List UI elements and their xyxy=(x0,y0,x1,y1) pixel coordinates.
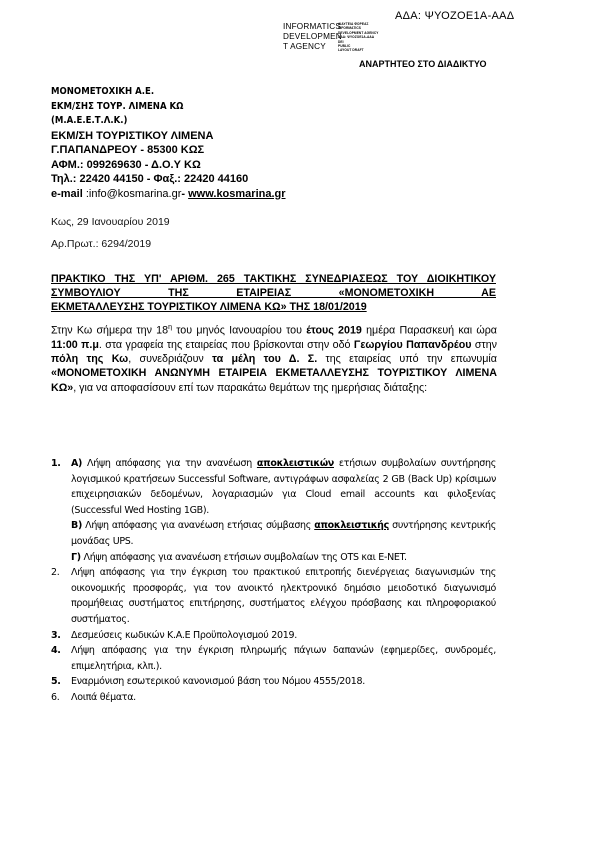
logo-line: DEVELOPMEN xyxy=(283,32,342,42)
protocol-number: Αρ.Πρωτ.: 6294/2019 xyxy=(51,233,170,255)
intro-paragraph: Στην Κω σήμερα την 18η του μηνός Ιανουαρ… xyxy=(51,321,497,395)
agenda-number: 1. xyxy=(51,456,71,565)
intro-street: Γεωργίου Παπανδρέου xyxy=(354,339,472,351)
agenda-item: 2. Λήψη απόφασης για την έγκριση του πρα… xyxy=(51,565,496,627)
agenda-subitem-b: Β) Λήψη απόφασης για ανανέωση ετήσιας σύ… xyxy=(71,518,496,549)
letterhead: ΜΟΝΟΜΕΤΟΧΙΚΗ Α.Ε. ΕΚΜ/ΣΗΣ ΤΟΥΡ. ΛΙΜΕΝΑ Κ… xyxy=(51,85,286,201)
intro-members: τα μέλη του Δ. Σ. xyxy=(212,353,317,365)
agenda-text: Λοιπά θέματα. xyxy=(71,690,496,706)
agenda-text: Α) Λήψη απόφασης για την ανανέωση αποκλε… xyxy=(71,456,496,565)
agenda-text: Δεσμεύσεις κωδικών Κ.Α.Ε Προϋπολογισμού … xyxy=(71,628,496,644)
address: Γ.ΠΑΠΑΝΔΡΕΟΥ - 85300 ΚΩΣ xyxy=(51,143,286,158)
company-subtitle: ΕΚΜ/ΣΗΣ ΤΟΥΡ. ΛΙΜΕΝΑ ΚΩ xyxy=(51,100,286,115)
agenda-number: 5. xyxy=(51,674,71,690)
agenda-text: Λήψη απόφασης για την έγκριση πληρωμής π… xyxy=(71,643,496,674)
marina-name: ΕΚΜ/ΣΗ ΤΟΥΡΙΣΤΙΚΟΥ ΛΙΜΕΝΑ xyxy=(51,129,286,144)
tax-id: ΑΦΜ.: 099269630 - Δ.Ο.Υ ΚΩ xyxy=(51,158,286,173)
logo-line: T AGENCY xyxy=(283,42,342,52)
intro-city: πόλη της Κω xyxy=(51,353,128,365)
email-label: e-mail xyxy=(51,188,83,200)
intro-text: στην xyxy=(471,339,497,351)
intro-text: του μηνός Ιανουαρίου του xyxy=(172,325,306,337)
subitem-text: Λήψη απόφασης για ανανέωση ετήσιων συμβο… xyxy=(81,552,407,563)
website-link[interactable]: www.kosmarina.gr xyxy=(188,188,285,200)
phone-fax: Τηλ.: 22420 44150 - Φαξ.: 22420 44160 xyxy=(51,172,286,187)
document-title: ΠΡΑΚΤΙΚΟ ΤΗΣ ΥΠ' ΑΡΙΘΜ. 265 ΤΑΚΤΙΚΗΣ ΣΥΝ… xyxy=(51,272,496,314)
intro-text: της εταιρείας υπό την επωνυμία xyxy=(317,353,497,365)
subitem-text: Λήψη απόφασης για ανανέωση ετήσιας σύμβα… xyxy=(82,520,314,531)
agenda-list: 1. Α) Λήψη απόφασης για την ανανέωση απο… xyxy=(51,456,496,706)
intro-text: , για να αποφασίσουν επί των παρακάτω θε… xyxy=(73,382,427,394)
agenda-number: 4. xyxy=(51,643,71,674)
document-date: Κως, 29 Ιανουαρίου 2019 xyxy=(51,211,170,233)
agenda-subitem-a: Α) Λήψη απόφασης για την ανανέωση αποκλε… xyxy=(71,456,496,518)
posted-online-label: ΑΝΑΡΤΗΤΕΟ ΣΤΟ ΔΙΑΔΙΚΤΥΟ xyxy=(359,59,487,69)
agenda-number: 3. xyxy=(51,628,71,644)
title-line-2: ΕΚΜΕΤΑΛΛΕΥΣΗΣ ΤΟΥΡΙΣΤΙΚΟΥ ΛΙΜΕΝΑ ΚΩ» ΤΗΣ… xyxy=(51,300,496,314)
agenda-text: Εναρμόνιση εσωτερικού κανονισμού βάση το… xyxy=(71,674,496,690)
agenda-text: Λήψη απόφασης για την έγκριση του πρακτι… xyxy=(71,565,496,627)
agenda-number: 2. xyxy=(51,565,71,627)
subitem-label: Α) xyxy=(71,458,82,469)
subitem-emphasis: αποκλειστικής xyxy=(314,520,389,531)
logo-small-line: ΑΔΑ: ΨΥΟΖΟΕ1Α-ΑΑΔ xyxy=(338,35,378,39)
intro-text: Στην Κω σήμερα την 18 xyxy=(51,325,168,337)
agenda-item: 3. Δεσμεύσεις κωδικών Κ.Α.Ε Προϋπολογισμ… xyxy=(51,628,496,644)
ada-stamp: ΑΔΑ: ΨΥΟΖΟΕ1Α-ΑΑΔ xyxy=(395,10,514,22)
intro-time: 11:00 π.μ xyxy=(51,339,99,351)
subitem-text: Λήψη απόφασης για την ανανέωση xyxy=(82,458,257,469)
subitem-label: Β) xyxy=(71,520,82,531)
logo-small-text: ΔΙΑΥΓΕΙΑ ΦΟΡΕΑΣ INFORMATICS DEVELOPMENT … xyxy=(338,22,378,53)
intro-text: , συνεδριάζουν xyxy=(128,353,212,365)
agenda-item: 5. Εναρμόνιση εσωτερικού κανονισμού βάση… xyxy=(51,674,496,690)
contact-line: e-mail :info@kosmarina.gr- www.kosmarina… xyxy=(51,187,286,202)
agenda-item: 6. Λοιπά θέματα. xyxy=(51,690,496,706)
document-meta: Κως, 29 Ιανουαρίου 2019 Αρ.Πρωτ.: 6294/2… xyxy=(51,211,170,255)
logo-small-line: LAYOUT DRAFT xyxy=(338,48,378,52)
subitem-emphasis: αποκλειστικών xyxy=(257,458,334,469)
email-address[interactable]: :info@kosmarina.gr xyxy=(83,188,182,200)
agenda-subitem-c: Γ) Λήψη απόφασης για ανανέωση ετήσιων συ… xyxy=(71,550,496,566)
informatics-agency-logo: INFORMATICS DEVELOPMEN T AGENCY xyxy=(283,22,342,52)
company-abbreviation: (Μ.Α.Ε.Ε.Τ.Λ.Κ.) xyxy=(51,114,286,129)
intro-text: ημέρα Παρασκευή και ώρα xyxy=(362,325,497,337)
company-name: ΜΟΝΟΜΕΤΟΧΙΚΗ Α.Ε. xyxy=(51,85,286,100)
agenda-number: 6. xyxy=(51,690,71,706)
agenda-item: 4. Λήψη απόφασης για την έγκριση πληρωμή… xyxy=(51,643,496,674)
intro-year: έτους 2019 xyxy=(306,325,362,337)
subitem-label: Γ) xyxy=(71,552,81,563)
title-line-1: ΠΡΑΚΤΙΚΟ ΤΗΣ ΥΠ' ΑΡΙΘΜ. 265 ΤΑΚΤΙΚΗΣ ΣΥΝ… xyxy=(51,273,496,299)
logo-line: INFORMATICS xyxy=(283,22,342,32)
intro-text: . στα γραφεία της εταιρείας που βρίσκοντ… xyxy=(99,339,354,351)
agenda-item: 1. Α) Λήψη απόφασης για την ανανέωση απο… xyxy=(51,456,496,565)
